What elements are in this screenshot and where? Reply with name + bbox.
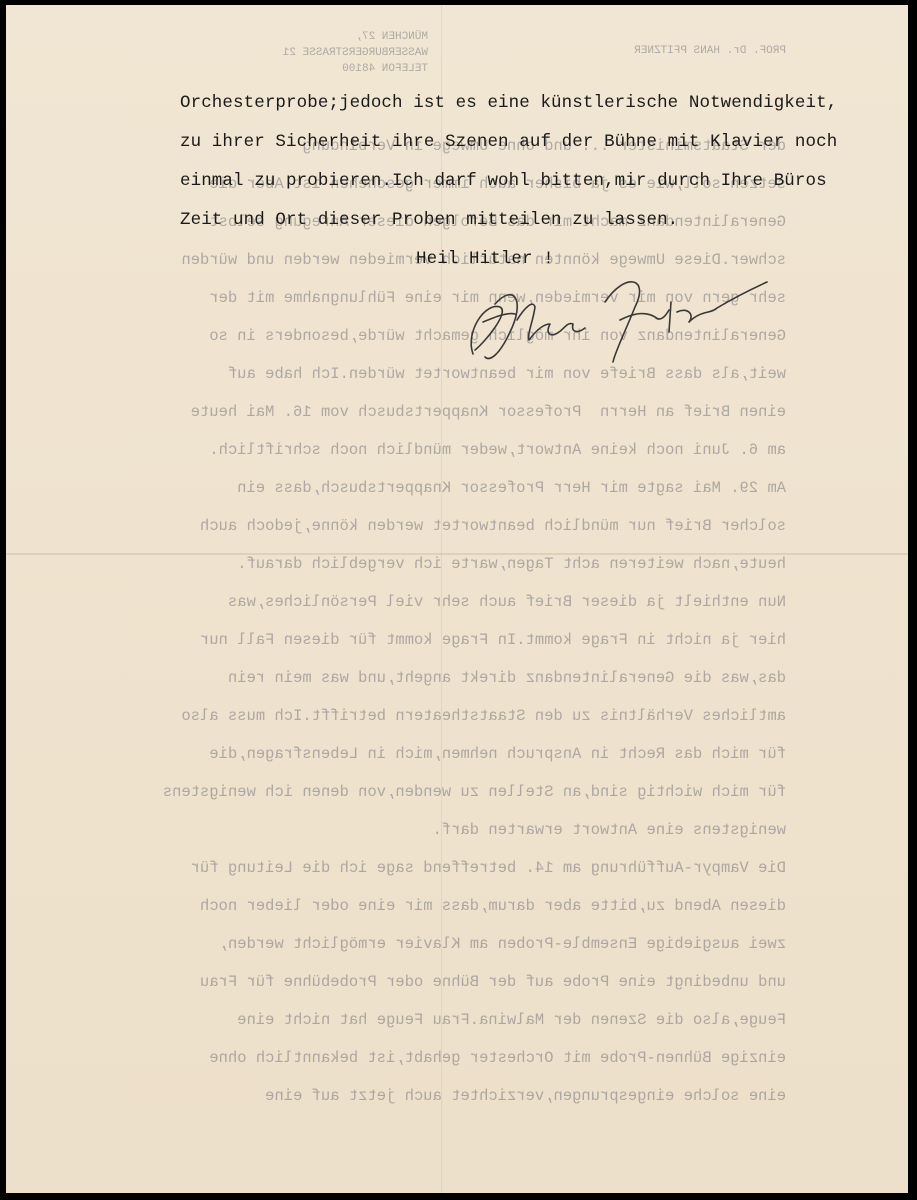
bleed-line: wenigstens eine Antwort erwarten darf.: [433, 821, 786, 839]
bleed-line: hier ja nicht in Frage kommt.In Frage ko…: [200, 631, 786, 649]
mirrored-letterhead-phone: TELEFON 48100: [342, 63, 428, 75]
bleed-line: und unbedingt eine Probe auf der Bühne o…: [200, 973, 786, 991]
body-line: zu ihrer Sicherheit ihre Szenen auf der …: [180, 123, 900, 162]
mirrored-letterhead-name: PROF. Dr. HANS PFITZNER: [634, 45, 786, 57]
bleed-line: solcher Brief nur mündlich beantwortet w…: [200, 517, 786, 535]
bleed-line: Am 29. Mai sagte mir Herr Professor Knap…: [237, 479, 786, 497]
bleed-line: diesen Abend zu,bitte aber darum,dass mi…: [200, 897, 786, 915]
bleed-line: für mich das Recht in Anspruch nehmen,mi…: [209, 745, 786, 763]
bleed-line: eine solche eingesprungen,verzichtet auc…: [265, 1087, 786, 1105]
body-line: Zeit und Ort dieser Proben mitteilen zu …: [180, 201, 900, 240]
bleed-line: einen Brief an Herrn Professor Knapperts…: [191, 403, 786, 421]
handwritten-signature: [455, 262, 775, 372]
body-line: einmal zu probieren.Ich darf wohl bitten…: [180, 162, 900, 201]
bleed-line: zwei ausgiebige Ensemble-Proben am Klavi…: [219, 935, 786, 953]
bleed-line: amtliches Verhältnis zu den Staatstheate…: [181, 707, 786, 725]
bleed-line: heute,nach weiteren acht Tagen,warte ich…: [237, 555, 786, 573]
body-line: Orchesterprobe;jedoch ist es eine künstl…: [180, 84, 900, 123]
bleed-line: am 6. Juni noch keine Antwort,weder münd…: [209, 441, 786, 459]
bleed-line: für mich wichtig sind,an Stellen zu wend…: [163, 783, 786, 801]
mirrored-letterhead-city: MÜNCHEN 27,: [355, 31, 428, 43]
bleed-line: einzige Bühnen-Probe mit Orchester gehab…: [209, 1049, 786, 1067]
letter-body: Orchesterprobe;jedoch ist es eine künstl…: [180, 84, 900, 279]
mirrored-letterhead-street: WASSERBURGERSTRASSE 21: [283, 47, 428, 59]
bleed-line: Die Vampyr-Aufführung am 14. betreffend …: [191, 859, 786, 877]
bleed-line: das,was die Generalintendanz direkt ange…: [228, 669, 786, 687]
bleed-line: Nun enthielt ja dieser Brief auch sehr v…: [228, 593, 786, 611]
bleed-line: Feuge,also die Szenen der Malwina.Frau F…: [237, 1011, 786, 1029]
